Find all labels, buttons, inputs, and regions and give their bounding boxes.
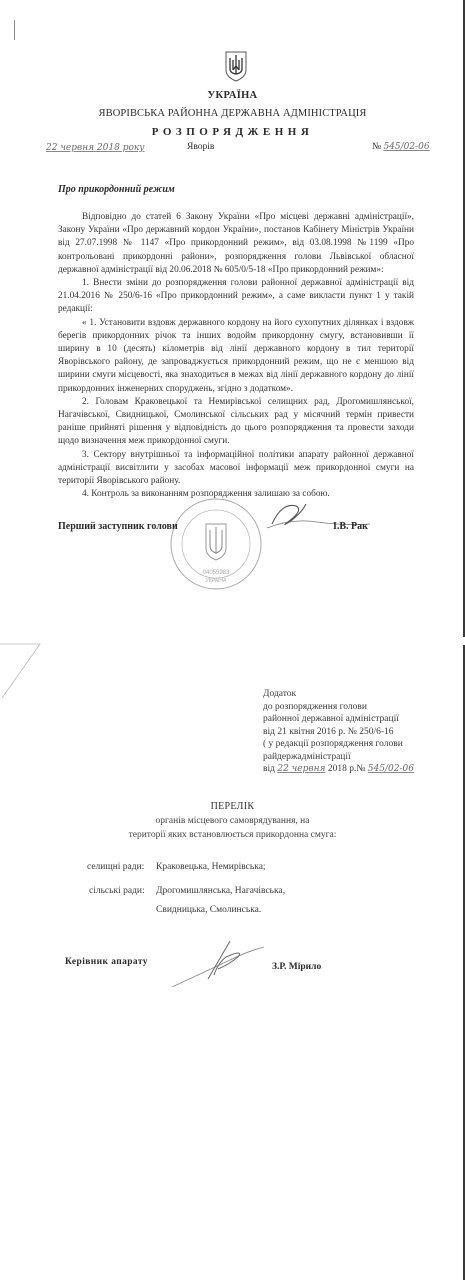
handwritten-date: 22 червня [277, 764, 325, 774]
appendix-line: від 21 квітня 2016 р. № 250/6-16 [263, 726, 414, 739]
appendix-line: до розпорядження голови [263, 701, 414, 714]
settlement-councils-values: Краковецька, Немирівська; [156, 862, 266, 872]
official-stamp-icon: 04055983 УКРАЇНА [168, 496, 264, 592]
settlement-councils-label: селищні ради: [87, 862, 144, 872]
handwritten-date: 22 червня 2018 року [46, 143, 145, 153]
city-label: Яворів [187, 142, 214, 152]
item-3: 3. Сектору внутрішньої та інформаційної … [58, 449, 414, 489]
appendix-header: Додаток до розпорядження голови районної… [263, 688, 414, 776]
list-subtitle: органів місцевого самоврядування, на [0, 816, 465, 826]
village-councils-values: Свидницька, Смолинська. [156, 905, 261, 915]
signer-name: З.Р. Мірило [272, 962, 321, 972]
number-prefix: № [372, 142, 381, 152]
list-subtitle: території яких встановлюється прикордонн… [0, 830, 465, 840]
svg-text:УКРАЇНА: УКРАЇНА [206, 577, 227, 584]
appendix-line: ( у редакції розпорядження голови [263, 738, 414, 751]
appendix-line: райдержадміністрації [263, 751, 414, 764]
appendix-line: Додаток [263, 688, 414, 701]
document-body: Відповідно до статей 6 Закону України «П… [58, 211, 414, 501]
village-councils-label: сільські ради: [89, 886, 145, 896]
ukraine-trident-emblem-icon [224, 50, 248, 82]
svg-text:04055983: 04055983 [203, 570, 230, 576]
signer-name: І.В. Рак [333, 521, 368, 532]
scan-fold-mark [0, 640, 42, 700]
signer-position: Перший заступник голови [58, 521, 178, 532]
signer-position: Керівник апарату [65, 957, 148, 967]
appendix-line: районної державної адміністрації [263, 713, 414, 726]
country-heading: УКРАЇНА [0, 90, 465, 101]
document-type-heading: РОЗПОРЯДЖЕННЯ [0, 126, 465, 138]
scan-mark [14, 20, 15, 40]
list-title: ПЕРЕЛІК [0, 801, 465, 812]
item-1: 1. Внести зміни до розпорядження голови … [58, 277, 414, 317]
item-1-quote: « 1. Установити вздовж державного кордон… [58, 317, 414, 396]
authority-heading: ЯВОРІВСЬКА РАЙОННА ДЕРЖАВНА АДМІНІСТРАЦІ… [0, 108, 465, 119]
preamble-paragraph: Відповідно до статей 6 Закону України «П… [58, 211, 414, 277]
village-councils-values: Дрогомишлянська, Нагачівська, [156, 886, 285, 896]
handwritten-number: 545/02-06 [368, 764, 414, 774]
signature-mirylo-icon [168, 935, 268, 990]
document-subject: Про прикордонний режим [58, 184, 175, 195]
appendix-date-line: від 22 червня 2018 р.№ 545/02-06 [263, 763, 414, 776]
order-number: № 545/02-06 [372, 142, 430, 152]
item-2: 2. Головам Краковецької та Немирівської … [58, 396, 414, 449]
handwritten-number: 545/02-06 [383, 142, 429, 152]
